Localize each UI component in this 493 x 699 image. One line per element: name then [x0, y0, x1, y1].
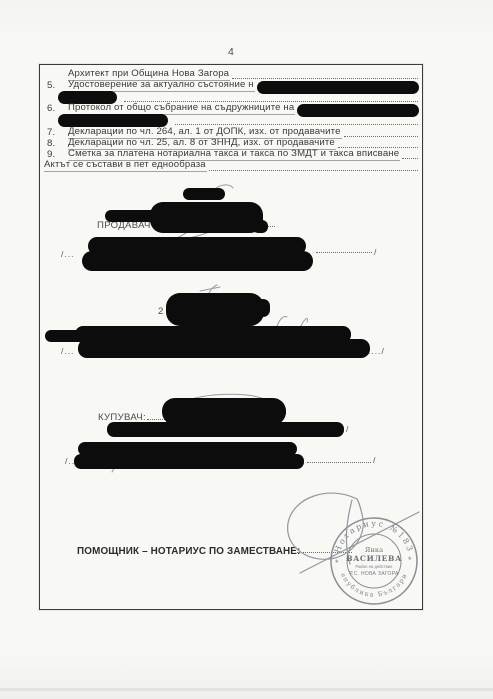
item-text: Протокол от общо събрание на съдружницит…: [68, 102, 295, 115]
item-number: 6.: [47, 103, 55, 114]
item-number: 7.: [47, 127, 55, 138]
scanned-notarial-deed-page: 4 Архитект при Община Нова Загора 5. Удо…: [0, 0, 493, 699]
dotted-leader: [232, 75, 418, 79]
dotted-leader: [344, 133, 418, 137]
item-number: 5.: [47, 80, 55, 91]
document-border-box: Архитект при Община Нова Загора 5. Удост…: [39, 64, 423, 610]
list-item-6: 6. Протокол от общо събрание на съдружни…: [44, 103, 419, 115]
item-number: 8.: [47, 138, 55, 149]
page-number: 4: [228, 46, 234, 58]
line-text: Актът се състави в пет еднообраза: [44, 159, 207, 172]
item-number: 9.: [47, 149, 55, 160]
list-item-6-continuation: [44, 114, 419, 126]
dotted-leader: [175, 121, 418, 125]
scan-edge-artifact: [0, 688, 493, 691]
dotted-leader: [209, 167, 418, 171]
dotted-leader: [402, 155, 418, 159]
closing-line: Актът се състави в пет еднообраза: [44, 160, 419, 172]
